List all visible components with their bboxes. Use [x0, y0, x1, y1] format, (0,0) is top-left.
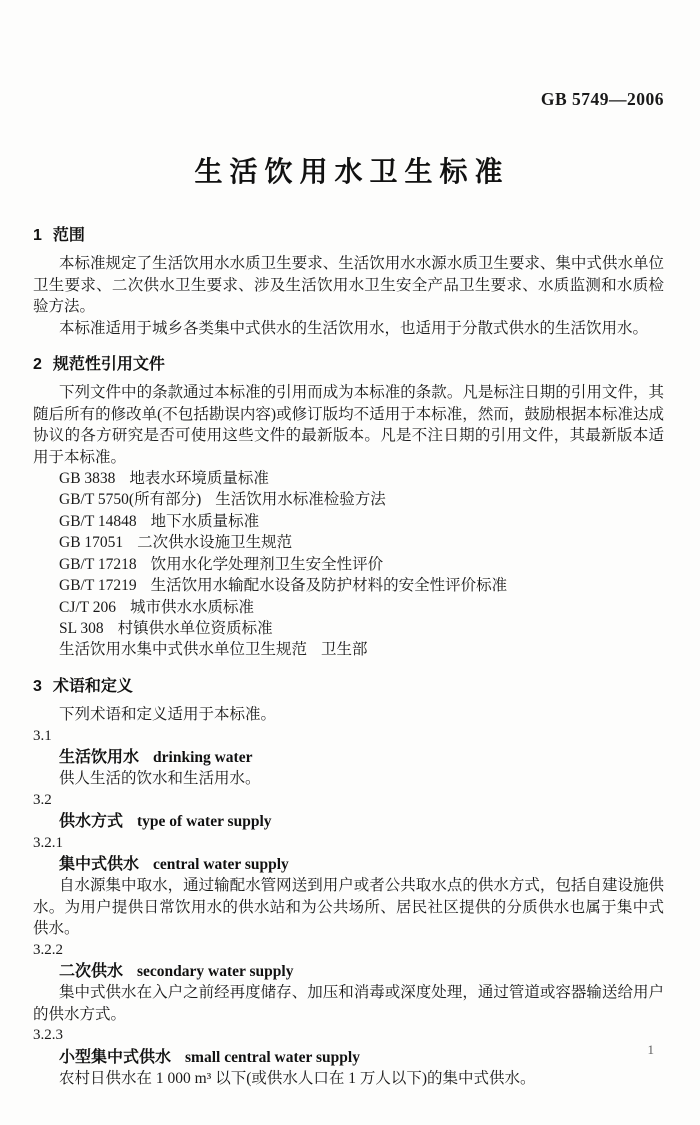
page-title: 生活饮用水卫生标准 — [33, 155, 664, 189]
reference-item: GB/T 14848地下水质量标准 — [33, 511, 664, 532]
term-name-en: secondary water supply — [137, 963, 293, 980]
reference-code: GB/T 17219 — [59, 577, 137, 594]
term-number: 3.2 — [33, 790, 664, 811]
term-name-zh: 供水方式 — [59, 813, 123, 830]
reference-code: 生活饮用水集中式供水单位卫生规范 — [59, 641, 307, 658]
section-normative-references: 2规范性引用文件 下列文件中的条款通过本标准的引用而成为本标准的条款。凡是标注日… — [33, 354, 664, 661]
reference-code: GB/T 17218 — [59, 556, 137, 573]
section-heading-text: 规范性引用文件 — [53, 356, 165, 373]
section-heading: 2规范性引用文件 — [33, 354, 664, 375]
term-name: 二次供水secondary water supply — [59, 961, 664, 982]
reference-code: GB 17051 — [59, 534, 123, 551]
term-name-zh: 生活饮用水 — [59, 749, 139, 766]
term-definition: 集中式供水在入户之前经再度储存、加压和消毒或深度处理，通过管道或容器输送给用户的… — [33, 982, 664, 1025]
section-number: 3 — [33, 676, 42, 697]
page-content: GB 5749—2006 生活饮用水卫生标准 1范围 本标准规定了生活饮用水水质… — [33, 0, 664, 1089]
section-terms-definitions: 3术语和定义 下列术语和定义适用于本标准。 3.1 生活饮用水drinking … — [33, 676, 664, 1090]
paragraph: 下列文件中的条款通过本标准的引用而成为本标准的条款。凡是标注日期的引用文件，其随… — [33, 382, 664, 468]
term-number: 3.2.3 — [33, 1025, 664, 1046]
paragraph: 本标准规定了生活饮用水水质卫生要求、生活饮用水水源水质卫生要求、集中式供水单位卫… — [33, 253, 664, 317]
term-definition: 农村日供水在 1 000 m³ 以下(或供水人口在 1 万人以下)的集中式供水。 — [33, 1068, 664, 1089]
reference-item: 生活饮用水集中式供水单位卫生规范卫生部 — [33, 639, 664, 660]
reference-list: GB 3838地表水环境质量标准 GB/T 5750(所有部分)生活饮用水标准检… — [33, 468, 664, 661]
section-intro: 下列术语和定义适用于本标准。 — [33, 704, 664, 725]
term-name-zh: 集中式供水 — [59, 856, 139, 873]
term-name-en: type of water supply — [137, 813, 271, 830]
term-number: 3.2.2 — [33, 940, 664, 961]
section-heading-text: 范围 — [53, 227, 85, 244]
reference-title: 卫生部 — [321, 641, 368, 658]
reference-item: GB 17051二次供水设施卫生规范 — [33, 532, 664, 553]
term-definition: 供人生活的饮水和生活用水。 — [33, 768, 664, 789]
reference-title: 二次供水设施卫生规范 — [137, 534, 292, 551]
reference-title: 地表水环境质量标准 — [129, 470, 269, 487]
term-name: 小型集中式供水small central water supply — [59, 1047, 664, 1068]
reference-item: SL 308村镇供水单位资质标准 — [33, 618, 664, 639]
reference-item: CJ/T 206城市供水水质标准 — [33, 597, 664, 618]
section-number: 2 — [33, 354, 42, 375]
term-number: 3.2.1 — [33, 833, 664, 854]
term-name-en: central water supply — [153, 856, 289, 873]
reference-title: 村镇供水单位资质标准 — [118, 620, 273, 637]
reference-title: 饮用水化学处理剂卫生安全性评价 — [151, 556, 384, 573]
reference-code: CJ/T 206 — [59, 599, 116, 616]
term-definition: 自水源集中取水，通过输配水管网送到用户或者公共取水点的供水方式，包括自建设施供水… — [33, 875, 664, 939]
section-heading: 3术语和定义 — [33, 676, 664, 697]
document-page: GB 5749—2006 生活饮用水卫生标准 1范围 本标准规定了生活饮用水水质… — [0, 0, 700, 1125]
term-entry-3-2-3: 3.2.3 小型集中式供水small central water supply … — [33, 1025, 664, 1089]
reference-code: GB/T 5750(所有部分) — [59, 491, 201, 508]
reference-title: 生活饮用水标准检验方法 — [215, 491, 386, 508]
reference-item: GB 3838地表水环境质量标准 — [33, 468, 664, 489]
section-number: 1 — [33, 225, 42, 246]
reference-title: 城市供水水质标准 — [130, 599, 254, 616]
term-entry-3-2: 3.2 供水方式type of water supply — [33, 790, 664, 833]
standard-code: GB 5749—2006 — [33, 89, 664, 110]
reference-item: GB/T 5750(所有部分)生活饮用水标准检验方法 — [33, 489, 664, 510]
reference-code: SL 308 — [59, 620, 104, 637]
term-name-zh: 小型集中式供水 — [59, 1049, 171, 1066]
term-entry-3-2-2: 3.2.2 二次供水secondary water supply 集中式供水在入… — [33, 940, 664, 1026]
section-heading-text: 术语和定义 — [53, 678, 133, 695]
term-name-en: small central water supply — [185, 1049, 360, 1066]
reference-item: GB/T 17218饮用水化学处理剂卫生安全性评价 — [33, 554, 664, 575]
term-entry-3-1: 3.1 生活饮用水drinking water 供人生活的饮水和生活用水。 — [33, 726, 664, 790]
term-entry-3-2-1: 3.2.1 集中式供水central water supply 自水源集中取水，… — [33, 833, 664, 940]
page-number: 1 — [648, 1042, 655, 1057]
term-name: 生活饮用水drinking water — [59, 747, 664, 768]
paragraph: 本标准适用于城乡各类集中式供水的生活饮用水，也适用于分散式供水的生活饮用水。 — [33, 318, 664, 339]
term-name-zh: 二次供水 — [59, 963, 123, 980]
reference-item: GB/T 17219生活饮用水输配水设备及防护材料的安全性评价标准 — [33, 575, 664, 596]
section-scope: 1范围 本标准规定了生活饮用水水质卫生要求、生活饮用水水源水质卫生要求、集中式供… — [33, 225, 664, 339]
reference-code: GB 3838 — [59, 470, 115, 487]
section-heading: 1范围 — [33, 225, 664, 246]
reference-code: GB/T 14848 — [59, 513, 137, 530]
term-name: 供水方式type of water supply — [59, 811, 664, 832]
term-number: 3.1 — [33, 726, 664, 747]
term-name-en: drinking water — [153, 749, 252, 766]
term-name: 集中式供水central water supply — [59, 854, 664, 875]
reference-title: 生活饮用水输配水设备及防护材料的安全性评价标准 — [151, 577, 508, 594]
reference-title: 地下水质量标准 — [151, 513, 260, 530]
